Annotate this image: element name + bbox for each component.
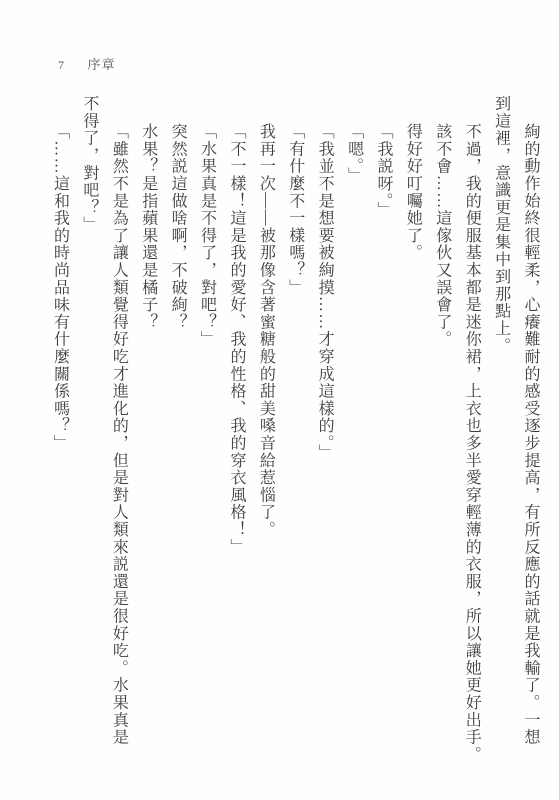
book-page: 7 序章 絢的動作始終很輕柔，心癢難耐的感受逐步提高，有所反應的話就是我輸了。一… [0, 0, 559, 800]
text-column-line: 「……這和我的時尚品味有什麼關係嗎？」 [45, 95, 74, 785]
chapter-title: 序章 [88, 54, 116, 73]
text-column-line: 不過，我的便服基本都是迷你裙，上衣也多半愛穿輕薄的衣服，所以讓她更好出手。 [457, 95, 486, 785]
page-number: 7 [58, 58, 65, 73]
text-column-line: 「我並不是想要被絢摸……才穿成這樣的。」 [310, 95, 339, 785]
text-column-line: 「雖然不是為了讓人類覺得好吃才進化的，但是對人類來説還是很好吃。水果真是 [104, 95, 133, 785]
text-column-line: 絢的動作始終很輕柔，心癢難耐的感受逐步提高，有所反應的話就是我輸了。一想 [516, 95, 545, 785]
text-column-line: 得好好叮囑她了。 [398, 95, 427, 785]
text-column-line: 「不一樣！這是我的愛好、我的性格、我的穿衣風格！」 [222, 95, 251, 785]
text-column-line: 該不會……這傢伙又誤會了。 [427, 95, 456, 785]
text-column-line: 水果？是指蘋果還是橘子？ [133, 95, 162, 785]
text-column-line: 我再一次——被那像含著蜜糖般的甜美嗓音給惹惱了。 [251, 95, 280, 785]
text-column-line: 「嗯。」 [339, 95, 368, 785]
text-column-line: 不得了，對吧？」 [75, 95, 104, 785]
text-column-line: 到這裡，意識更是集中到那點上。 [486, 95, 515, 785]
text-column-line: 「有什麼不一樣嗎？」 [280, 95, 309, 785]
text-column-line: 突然説這做啥啊，不破絢？ [163, 95, 192, 785]
text-column-line: 「水果真是不得了，對吧？」 [192, 95, 221, 785]
page-header: 7 序章 [58, 54, 116, 73]
text-body: 絢的動作始終很輕柔，心癢難耐的感受逐步提高，有所反應的話就是我輸了。一想到這裡，… [45, 95, 545, 785]
text-column-line: 「我説呀。」 [369, 95, 398, 785]
